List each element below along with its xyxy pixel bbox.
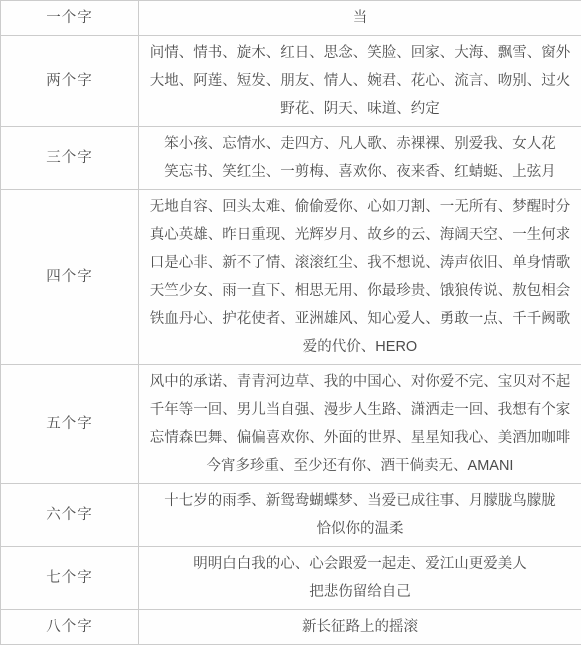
- row-label: 六个字: [1, 484, 139, 547]
- song-line: 无地自容、回头太难、偷偷爱你、心如刀割、一无所有、梦醒时分: [144, 193, 576, 221]
- song-line: 大地、阿莲、短发、朋友、情人、婉君、花心、流言、吻别、过火: [144, 67, 576, 95]
- row-content-cell: 笨小孩、忘情水、走四方、凡人歌、赤裸裸、别爱我、女人花笑忘书、笑红尘、一剪梅、喜…: [139, 127, 581, 190]
- row-label: 两个字: [1, 36, 139, 127]
- row-label: 三个字: [1, 127, 139, 190]
- row-content-cell: 风中的承诺、青青河边草、我的中国心、对你爱不完、宝贝对不起千年等一回、男儿当自强…: [139, 365, 581, 484]
- song-line: 十七岁的雨季、新鸳鸯蝴蝶梦、当爱已成往事、月朦胧鸟朦胧: [144, 487, 576, 515]
- song-line: 新长征路上的摇滚: [144, 613, 576, 641]
- song-line: 忘情森巴舞、偏偏喜欢你、外面的世界、星星知我心、美酒加咖啡: [144, 424, 576, 452]
- song-line: 把悲伤留给自己: [144, 578, 576, 606]
- row-label: 八个字: [1, 610, 139, 645]
- song-line: 今宵多珍重、至少还有你、酒干倘卖无、AMANI: [144, 452, 576, 480]
- row-label: 七个字: [1, 547, 139, 610]
- row-content-cell: 十七岁的雨季、新鸳鸯蝴蝶梦、当爱已成往事、月朦胧鸟朦胧恰似你的温柔: [139, 484, 581, 547]
- song-line: 问情、情书、旋木、红日、思念、笑脸、回家、大海、飘雪、窗外: [144, 39, 576, 67]
- song-line: 铁血丹心、护花使者、亚洲雄风、知心爱人、勇敢一点、千千阙歌: [144, 305, 576, 333]
- song-line: 爱的代价、HERO: [144, 333, 576, 361]
- row-content-cell: 无地自容、回头太难、偷偷爱你、心如刀割、一无所有、梦醒时分真心英雄、昨日重现、光…: [139, 190, 581, 365]
- song-line: 笑忘书、笑红尘、一剪梅、喜欢你、夜来香、红蜻蜓、上弦月: [144, 158, 576, 186]
- row-label: 一个字: [1, 1, 139, 36]
- table-body: 一个字 当 两个字 问情、情书、旋木、红日、思念、笑脸、回家、大海、飘雪、窗外大…: [1, 1, 581, 645]
- song-line: 当: [144, 4, 576, 32]
- row-content-cell: 当: [139, 1, 581, 36]
- table-row: 一个字 当: [1, 1, 581, 36]
- song-line: 天竺少女、雨一直下、相思无用、你最珍贵、饿狼传说、敖包相会: [144, 277, 576, 305]
- table-row: 两个字 问情、情书、旋木、红日、思念、笑脸、回家、大海、飘雪、窗外大地、阿莲、短…: [1, 36, 581, 127]
- song-title-table: 一个字 当 两个字 问情、情书、旋木、红日、思念、笑脸、回家、大海、飘雪、窗外大…: [0, 0, 581, 645]
- song-line: 野花、阴天、味道、约定: [144, 95, 576, 123]
- table-row: 七个字 明明白白我的心、心会跟爱一起走、爱江山更爱美人把悲伤留给自己: [1, 547, 581, 610]
- song-line: 恰似你的温柔: [144, 515, 576, 543]
- table-row: 四个字 无地自容、回头太难、偷偷爱你、心如刀割、一无所有、梦醒时分真心英雄、昨日…: [1, 190, 581, 365]
- row-label: 四个字: [1, 190, 139, 365]
- row-content-cell: 问情、情书、旋木、红日、思念、笑脸、回家、大海、飘雪、窗外大地、阿莲、短发、朋友…: [139, 36, 581, 127]
- song-line: 真心英雄、昨日重现、光辉岁月、故乡的云、海阔天空、一生何求: [144, 221, 576, 249]
- row-content-cell: 新长征路上的摇滚: [139, 610, 581, 645]
- table-row: 五个字 风中的承诺、青青河边草、我的中国心、对你爱不完、宝贝对不起千年等一回、男…: [1, 365, 581, 484]
- song-line: 千年等一回、男儿当自强、漫步人生路、潇洒走一回、我想有个家: [144, 396, 576, 424]
- song-line: 笨小孩、忘情水、走四方、凡人歌、赤裸裸、别爱我、女人花: [144, 130, 576, 158]
- table-row: 三个字 笨小孩、忘情水、走四方、凡人歌、赤裸裸、别爱我、女人花笑忘书、笑红尘、一…: [1, 127, 581, 190]
- table-row: 八个字 新长征路上的摇滚: [1, 610, 581, 645]
- song-line: 明明白白我的心、心会跟爱一起走、爱江山更爱美人: [144, 550, 576, 578]
- row-content-cell: 明明白白我的心、心会跟爱一起走、爱江山更爱美人把悲伤留给自己: [139, 547, 581, 610]
- song-line: 风中的承诺、青青河边草、我的中国心、对你爱不完、宝贝对不起: [144, 368, 576, 396]
- table-row: 六个字 十七岁的雨季、新鸳鸯蝴蝶梦、当爱已成往事、月朦胧鸟朦胧恰似你的温柔: [1, 484, 581, 547]
- song-line: 口是心非、新不了情、滚滚红尘、我不想说、涛声依旧、单身情歌: [144, 249, 576, 277]
- row-label: 五个字: [1, 365, 139, 484]
